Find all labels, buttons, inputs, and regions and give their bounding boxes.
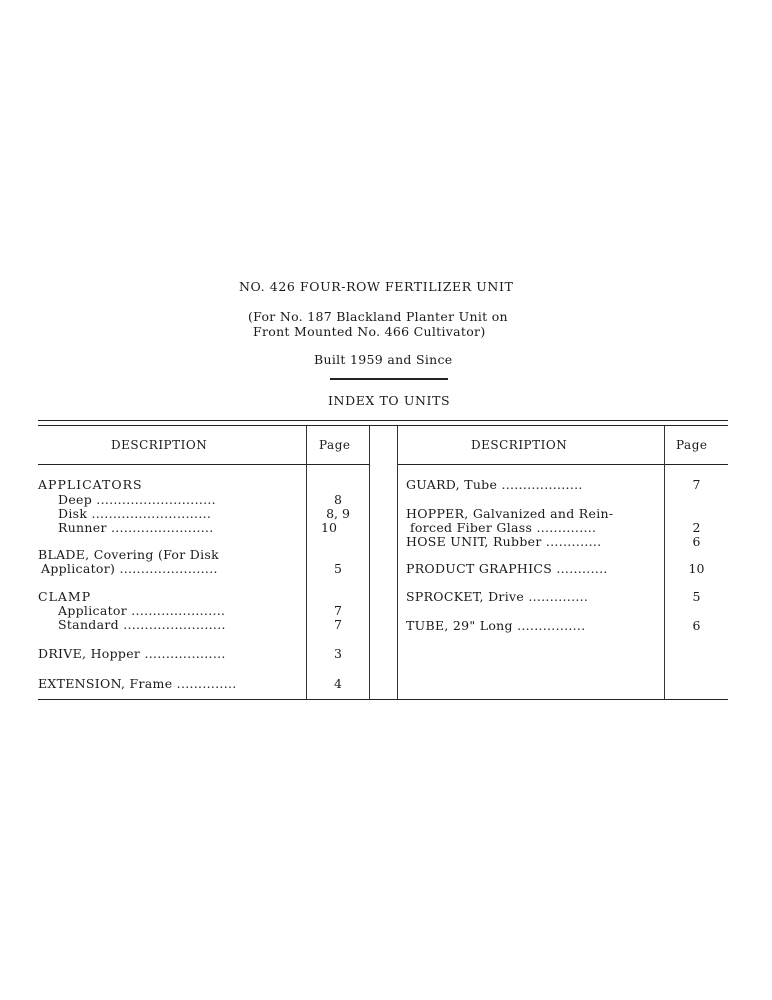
list-item: BLADE, Covering (For Disk bbox=[38, 548, 219, 562]
right-description-header: DESCRIPTION bbox=[471, 438, 567, 452]
page-number: 7 bbox=[665, 478, 728, 492]
page-number: 8 bbox=[307, 493, 369, 507]
left-description-header: DESCRIPTION bbox=[111, 438, 207, 452]
page-number: 7 bbox=[307, 618, 369, 632]
page-number: 4 bbox=[307, 677, 369, 691]
list-item: TUBE, 29" Long ................ bbox=[406, 619, 650, 633]
list-item: Runner ........................ bbox=[58, 521, 296, 535]
page-number: 6 bbox=[665, 535, 728, 549]
header-bottom-rule-right bbox=[397, 464, 728, 465]
page-number: 2 bbox=[665, 521, 728, 535]
document-title: NO. 426 FOUR-ROW FERTILIZER UNIT bbox=[239, 279, 513, 294]
left-page-header: Page bbox=[319, 438, 350, 452]
list-item: Standard ........................ bbox=[58, 618, 298, 632]
built-note: Built 1959 and Since bbox=[314, 352, 453, 367]
center-spacer-left-edge bbox=[369, 426, 370, 700]
table-bottom-rule bbox=[38, 699, 728, 700]
list-item: DRIVE, Hopper ................... bbox=[38, 647, 298, 661]
list-item: Deep ............................ bbox=[58, 493, 296, 507]
document-subtitle: (For No. 187 Blackland Planter Unit on F… bbox=[248, 309, 508, 339]
list-item: Applicator) ....................... bbox=[41, 562, 297, 576]
page-number: 5 bbox=[307, 562, 369, 576]
list-item: EXTENSION, Frame .............. bbox=[38, 677, 298, 691]
page-number: 10 bbox=[298, 521, 360, 535]
page-number: 8, 9 bbox=[307, 507, 369, 521]
page-number: 5 bbox=[665, 590, 728, 604]
header-bottom-rule-left bbox=[38, 464, 370, 465]
title-divider bbox=[330, 378, 448, 380]
page-number: 10 bbox=[665, 562, 728, 576]
page-number: 3 bbox=[307, 647, 369, 661]
list-item: Applicator ...................... bbox=[58, 604, 298, 618]
list-item: HOSE UNIT, Rubber ............. bbox=[406, 535, 656, 549]
table-top-rule-2 bbox=[38, 425, 728, 426]
list-item: APPLICATORS bbox=[38, 478, 143, 492]
center-spacer-right-edge bbox=[397, 426, 398, 700]
list-item: PRODUCT GRAPHICS ............ bbox=[406, 562, 656, 576]
right-page-header: Page bbox=[676, 438, 707, 452]
subtitle-line-1: (For No. 187 Blackland Planter Unit on bbox=[248, 309, 508, 324]
page-number: 7 bbox=[307, 604, 369, 618]
list-item: GUARD, Tube ................... bbox=[406, 478, 656, 492]
index-heading: INDEX TO UNITS bbox=[328, 393, 450, 408]
page-number: 6 bbox=[665, 619, 728, 633]
list-item: forced Fiber Glass .............. bbox=[410, 521, 656, 535]
subtitle-line-2: Front Mounted No. 466 Cultivator) bbox=[248, 324, 508, 339]
table-top-rule-1 bbox=[38, 420, 728, 421]
list-item: CLAMP bbox=[38, 590, 91, 604]
list-item: Disk ............................ bbox=[58, 507, 296, 521]
list-item: SPROCKET, Drive .............. bbox=[406, 590, 650, 604]
list-item: HOPPER, Galvanized and Rein- bbox=[406, 507, 613, 521]
